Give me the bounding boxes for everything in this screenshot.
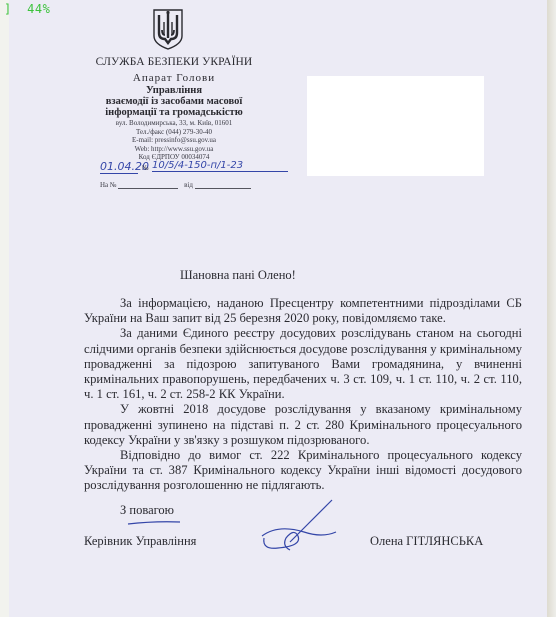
pen-stroke-mark: [126, 520, 182, 526]
closing: З повагою: [120, 503, 174, 518]
incoming-date-blank: [195, 180, 251, 189]
email-line: E-mail: pressinfo@ssu.gov.ua: [84, 136, 264, 145]
incoming-number-label: На №: [100, 181, 117, 189]
incoming-number-blank: [118, 180, 178, 189]
division-title-line: взаємодії із засобами масової: [84, 96, 264, 107]
organization-name: СЛУЖБА БЕЗПЕКИ УКРАЇНИ: [94, 56, 254, 68]
outgoing-number: 10/5/4-150-п/1-23: [152, 160, 288, 172]
division-title-line: інформації та громадськістю: [84, 107, 264, 118]
signer-title: Керівник Управління: [84, 534, 196, 549]
signer-name: Олена ГІТЛЯНСЬКА: [370, 534, 483, 549]
address-line: вул. Володимирська, 33, м. Київ, 01601: [84, 119, 264, 128]
contact-details: вул. Володимирська, 33, м. Київ, 01601 Т…: [84, 119, 264, 162]
body-paragraph: Відповідно до вимог ст. 222 Кримінальног…: [84, 448, 522, 494]
web-line: Web: http://www.ssu.gov.ua: [84, 145, 264, 154]
division-title: Управління взаємодії із засобами масової…: [84, 85, 264, 118]
department-name: Апарат Голови: [94, 72, 254, 84]
outgoing-number-label: №: [142, 164, 149, 172]
incoming-date-label: від: [184, 181, 193, 189]
redacted-recipient-block: [307, 76, 484, 176]
salutation: Шановна пані Олено!: [180, 268, 420, 283]
phone-line: Тел./факс (044) 279-30-40: [84, 128, 264, 137]
outgoing-reference: 01.04.20 № 10/5/4-150-п/1-23: [100, 160, 300, 176]
scan-edge-right: [547, 0, 556, 617]
handwritten-signature: [258, 498, 338, 554]
division-title-line: Управління: [84, 85, 264, 96]
body-paragraph: За даними Єдиного реєстру досудових розс…: [84, 326, 522, 402]
body-paragraph: У жовтні 2018 досудове розслідування у в…: [84, 402, 522, 448]
body-paragraph: За інформацією, наданою Пресцентру компе…: [84, 296, 522, 326]
trident-emblem-icon: [152, 8, 184, 50]
outgoing-date: 01.04.20: [100, 160, 138, 174]
incoming-reference: На № від: [100, 180, 300, 189]
progress-indicator: ] 44%: [4, 2, 50, 16]
letter-body: За інформацією, наданою Пресцентру компе…: [84, 296, 522, 494]
